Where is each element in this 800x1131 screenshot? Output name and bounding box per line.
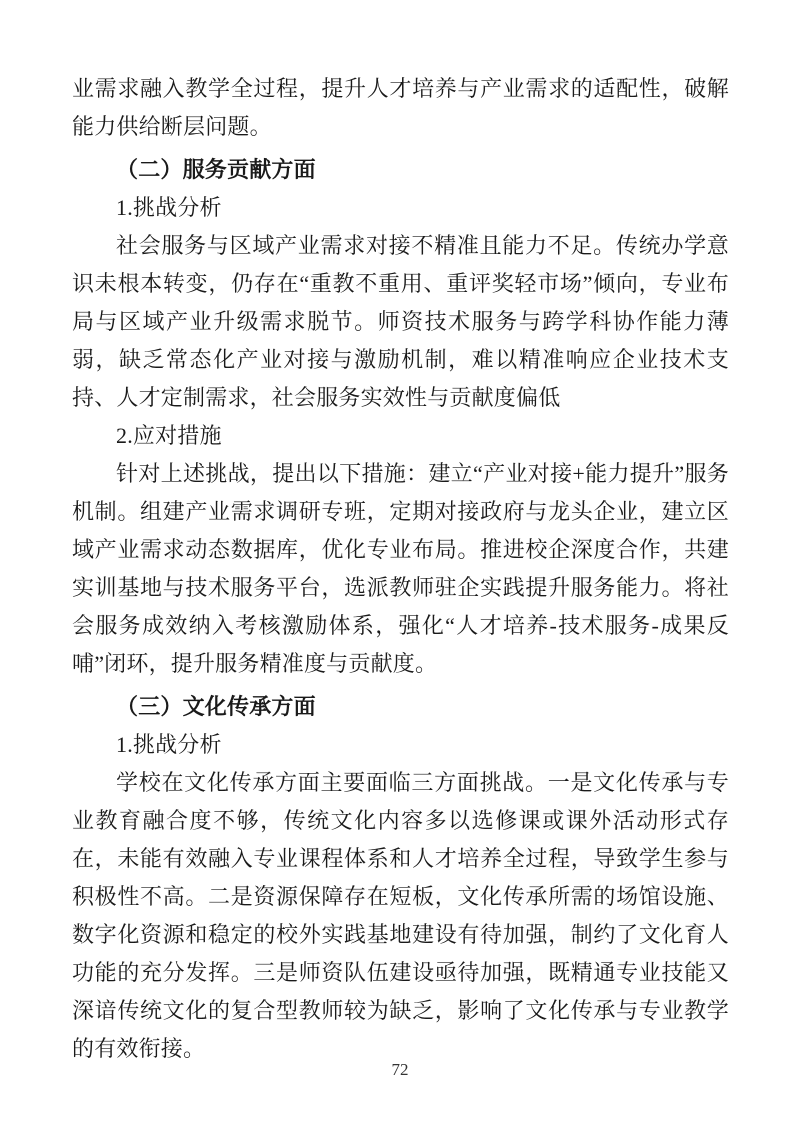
paragraph-continuation: 业需求融入教学全过程，提升人才培养与产业需求的适配性，破解能力供给断层问题。 [72,70,729,146]
page-content: 业需求融入教学全过程，提升人才培养与产业需求的适配性，破解能力供给断层问题。 （… [72,70,729,1068]
subheading-challenge-analysis-2: 1.挑战分析 [72,726,729,764]
paragraph-service-challenge: 社会服务与区域产业需求对接不精准且能力不足。传统办学意识未根本转变，仍存在“重教… [72,227,729,417]
subheading-challenge-analysis-1: 1.挑战分析 [72,189,729,227]
subheading-response-measures: 2.应对措施 [72,417,729,455]
paragraph-service-measures: 针对上述挑战，提出以下措施：建立“产业对接+能力提升”服务机制。组建产业需求调研… [72,455,729,683]
document-page: 业需求融入教学全过程，提升人才培养与产业需求的适配性，破解能力供给断层问题。 （… [0,0,800,1131]
paragraph-culture-challenge: 学校在文化传承方面主要面临三方面挑战。一是文化传承与专业教育融合度不够，传统文化… [72,764,729,1068]
section-heading-2-service-contribution: （二）服务贡献方面 [72,151,729,189]
page-number: 72 [0,1060,800,1080]
section-heading-3-cultural-heritage: （三）文化传承方面 [72,688,729,726]
